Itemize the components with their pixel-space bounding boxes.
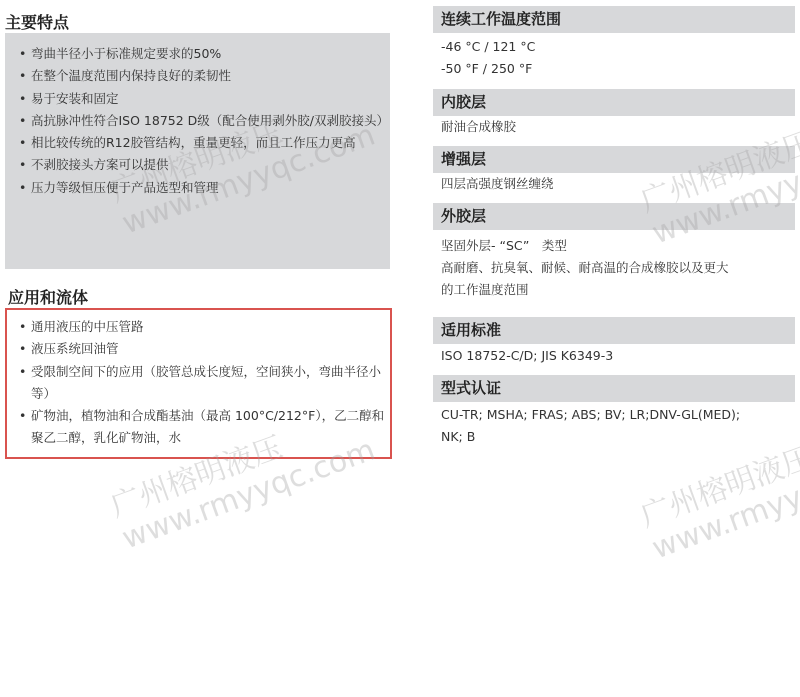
bullet-icon: • xyxy=(19,316,26,338)
spec-temperature: 连续工作温度范围 -46 °C / 121 °C -50 °F / 250 °F xyxy=(433,6,795,80)
applications-title: 应用和流体 xyxy=(8,285,88,308)
spec-body: 耐油合成橡胶 xyxy=(433,116,795,138)
features-list: •弯曲半径小于标准规定要求的50% •在整个温度范围内保持良好的柔韧性 •易于安… xyxy=(5,33,390,199)
bullet-icon: • xyxy=(19,88,26,110)
bullet-icon: • xyxy=(19,132,26,154)
spec-body: ISO 18752-C/D; JIS K6349-3 xyxy=(433,344,795,367)
list-item: •相比较传统的R12胶管结构，重量更轻，而且工作压力更高 xyxy=(19,132,390,154)
bullet-icon: • xyxy=(19,110,26,132)
spec-cover: 外胶层 坚固外层- “SC” 类型 高耐磨、抗臭氧、耐候、耐高温的合成橡胶以及更… xyxy=(433,203,795,301)
bullet-icon: • xyxy=(19,154,26,176)
spec-title: 增强层 xyxy=(433,146,795,173)
bullet-icon: • xyxy=(19,405,26,427)
list-item: •高抗脉冲性符合ISO 18752 D级（配合使用剥外胶/双剥胶接头） xyxy=(19,110,390,132)
spec-body: CU-TR; MSHA; FRAS; ABS; BV; LR;DNV-GL(ME… xyxy=(433,402,795,448)
spec-body: -46 °C / 121 °C -50 °F / 250 °F xyxy=(433,33,795,80)
bullet-icon: • xyxy=(19,65,26,87)
spec-standards: 适用标准 ISO 18752-C/D; JIS K6349-3 xyxy=(433,317,795,367)
list-item: •不剥胶接头方案可以提供 xyxy=(19,154,390,176)
spec-approvals: 型式认证 CU-TR; MSHA; FRAS; ABS; BV; LR;DNV-… xyxy=(433,375,795,448)
list-item: •矿物油，植物油和合成酯基油（最高 100°C/212°F），乙二醇和聚乙二醇，… xyxy=(19,405,390,450)
bullet-icon: • xyxy=(19,43,26,65)
bullet-icon: • xyxy=(19,177,26,199)
spec-inner-tube: 内胶层 耐油合成橡胶 xyxy=(433,89,795,138)
list-item: •通用液压的中压管路 xyxy=(19,316,390,338)
spec-reinforcement: 增强层 四层高强度钢丝缠绕 xyxy=(433,146,795,195)
list-item: •在整个温度范围内保持良好的柔韧性 xyxy=(19,65,390,87)
list-item: •易于安装和固定 xyxy=(19,88,390,110)
spec-title: 型式认证 xyxy=(433,375,795,402)
spec-body: 四层高强度钢丝缠绕 xyxy=(433,173,795,195)
spec-title: 外胶层 xyxy=(433,203,795,230)
list-item: •弯曲半径小于标准规定要求的50% xyxy=(19,43,390,65)
list-item: •受限制空间下的应用（胶管总成长度短，空间狭小，弯曲半径小等） xyxy=(19,361,390,406)
bullet-icon: • xyxy=(19,338,26,360)
features-box: •弯曲半径小于标准规定要求的50% •在整个温度范围内保持良好的柔韧性 •易于安… xyxy=(5,33,390,269)
spec-title: 适用标准 xyxy=(433,317,795,344)
applications-box: •通用液压的中压管路 •液压系统回油管 •受限制空间下的应用（胶管总成长度短，空… xyxy=(5,308,392,459)
list-item: •压力等级恒压便于产品选型和管理 xyxy=(19,177,390,199)
applications-list: •通用液压的中压管路 •液压系统回油管 •受限制空间下的应用（胶管总成长度短，空… xyxy=(7,310,390,450)
spec-title: 内胶层 xyxy=(433,89,795,116)
features-title: 主要特点 xyxy=(5,10,69,33)
list-item: •液压系统回油管 xyxy=(19,338,390,360)
spec-title: 连续工作温度范围 xyxy=(433,6,795,33)
spec-body: 坚固外层- “SC” 类型 高耐磨、抗臭氧、耐候、耐高温的合成橡胶以及更大 的工… xyxy=(433,230,795,301)
bullet-icon: • xyxy=(19,361,26,383)
